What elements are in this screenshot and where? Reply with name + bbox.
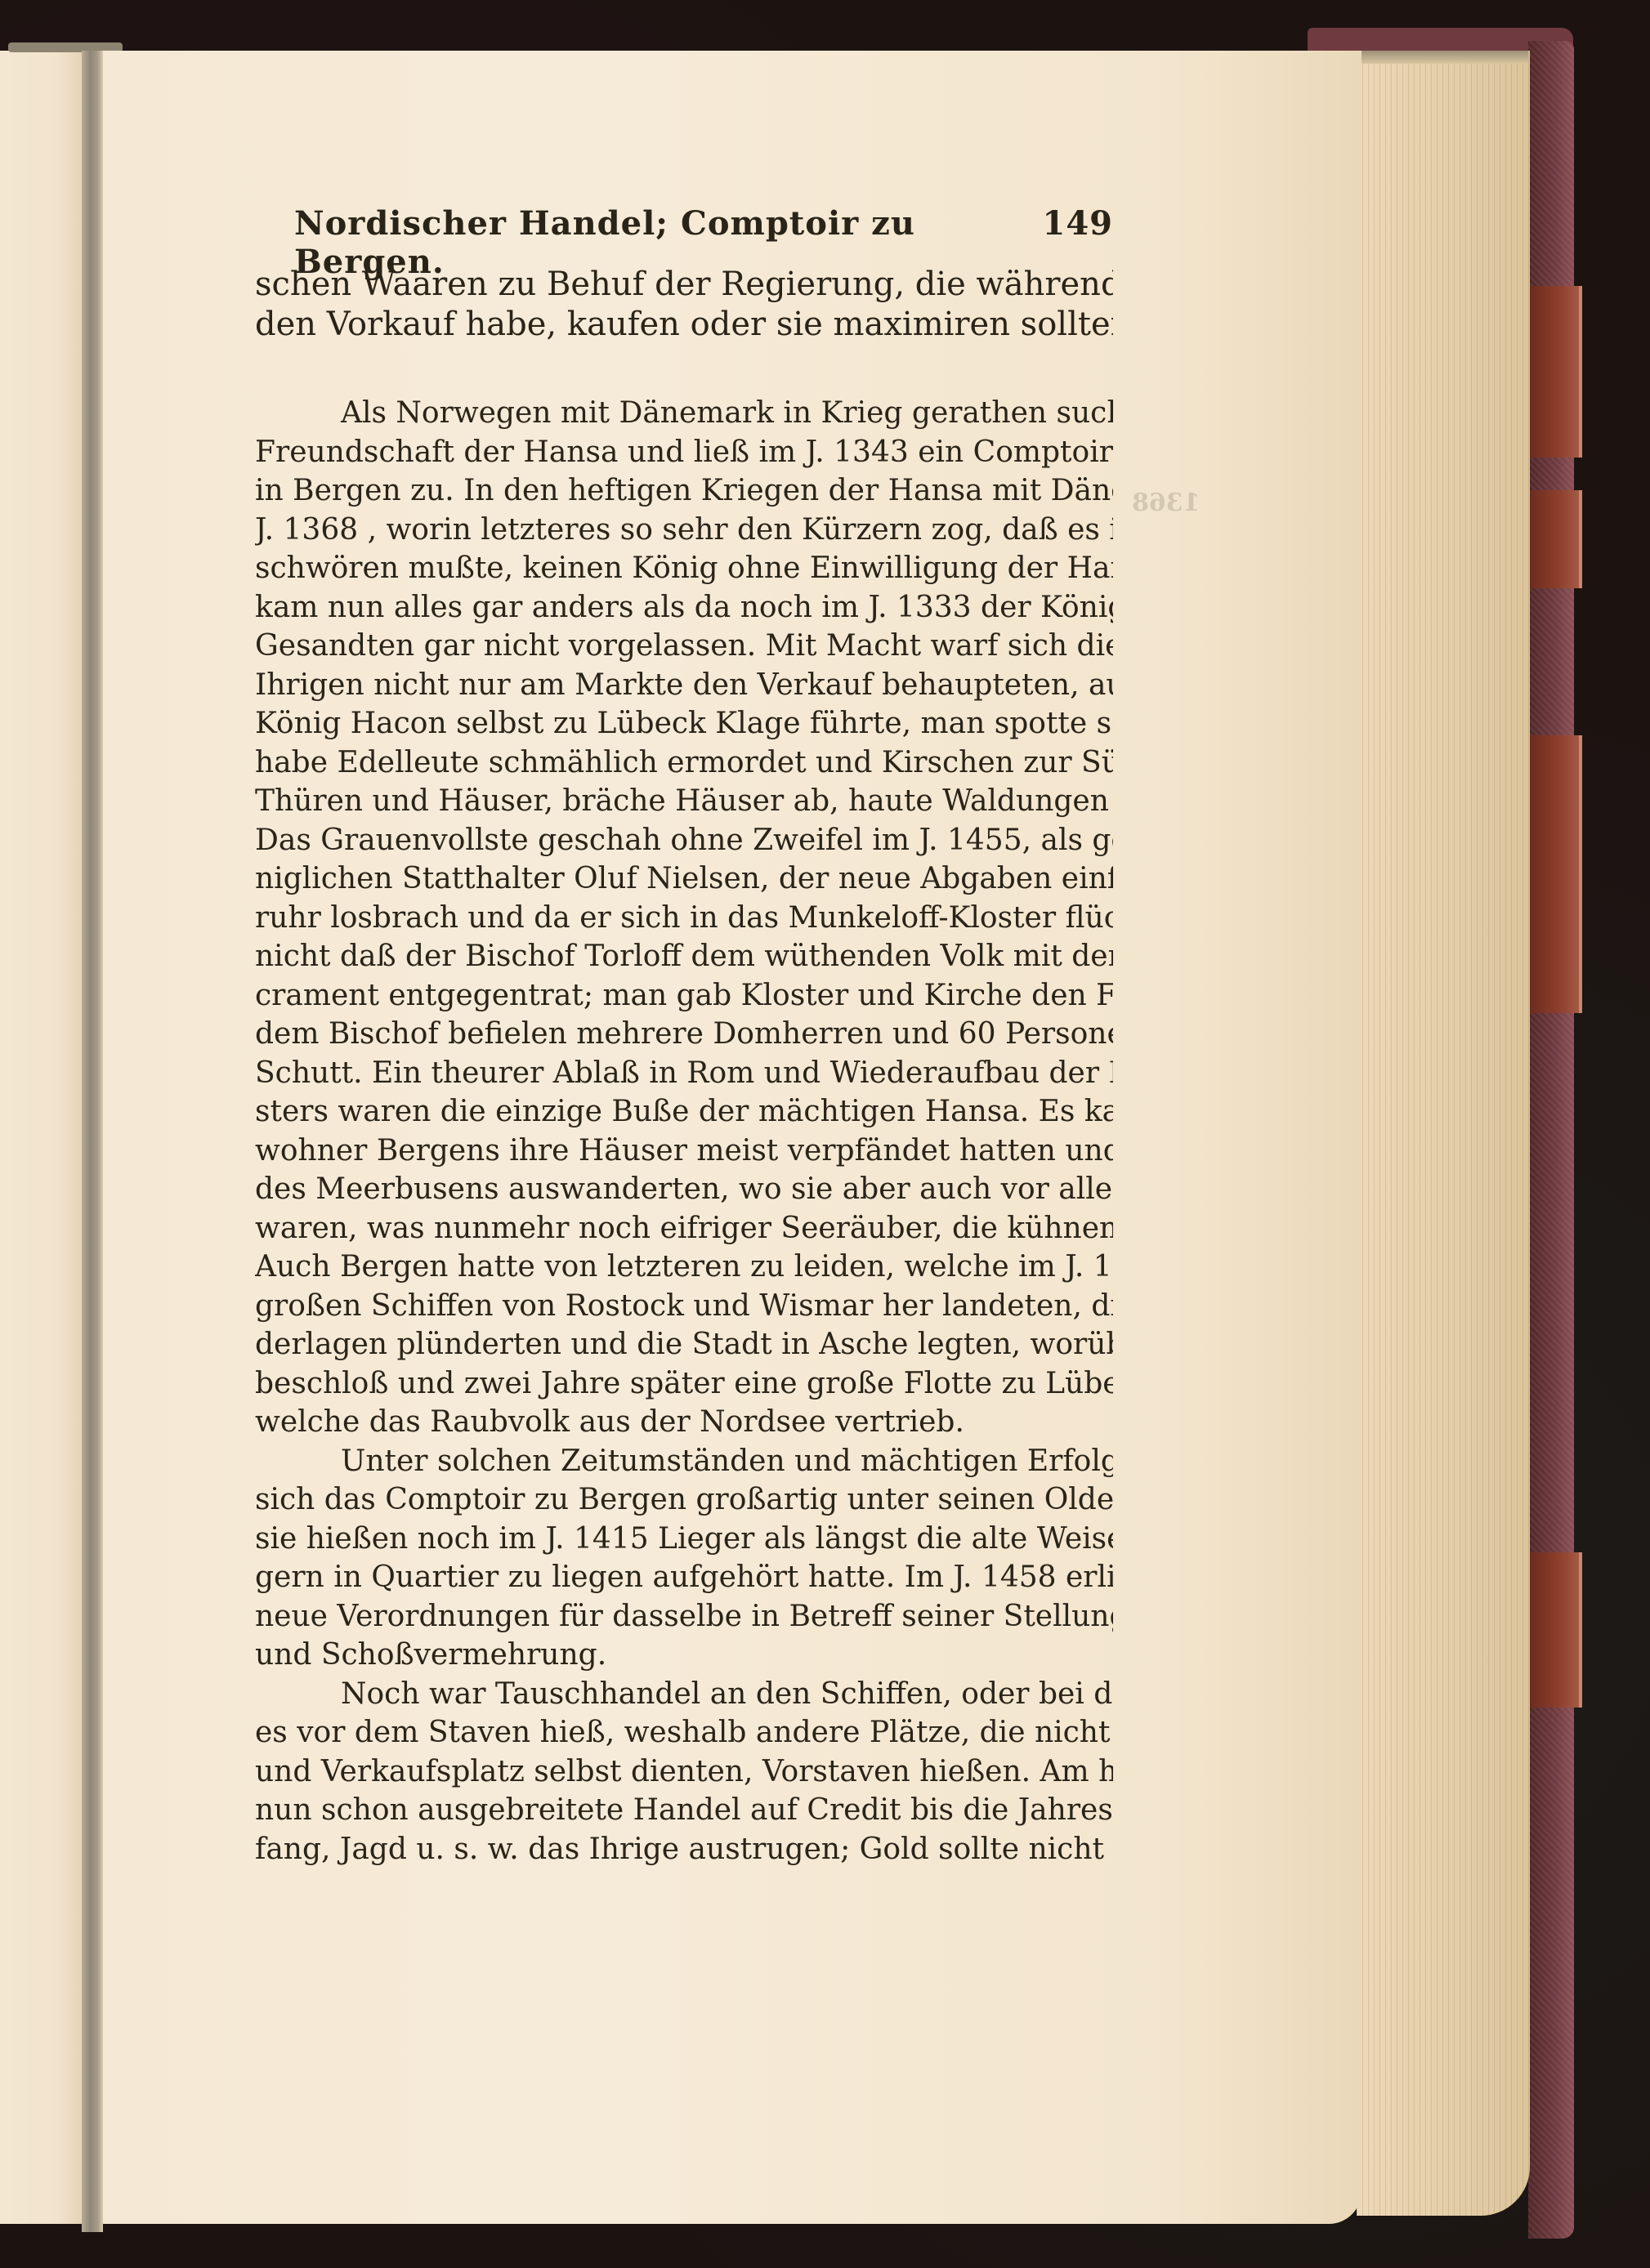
text-line: ruhr losbrach und da er sich in das Munk… — [255, 899, 1113, 938]
bookmark-tab — [1528, 490, 1582, 588]
text-line: den Vorkauf habe, kaufen oder sie maximi… — [255, 305, 1113, 345]
text-line: es vor dem Staven hieß, weshalb andere P… — [255, 1713, 1113, 1752]
text-line: sie hießen noch im J. 1415 Lieger als lä… — [255, 1520, 1113, 1559]
continuation-text: schen Waaren zu Behuf der Regierung, die… — [255, 265, 1113, 345]
text-line: Thüren und Häuser, bräche Häuser ab, hau… — [255, 782, 1113, 821]
running-head: Nordischer Handel; Comptoir zu Bergen. 1… — [255, 204, 1113, 250]
text-line: wohner Bergens ihre Häuser meist verpfän… — [255, 1132, 1113, 1171]
text-line: nicht daß der Bischof Torloff dem wüthen… — [255, 937, 1113, 976]
text-line: Gesandten gar nicht vorgelassen. Mit Mac… — [255, 627, 1113, 666]
text-line: sters waren die einzige Buße der mächtig… — [255, 1092, 1113, 1132]
page-number: 149 — [1043, 204, 1114, 243]
text-line: J. 1368 , worin letzteres so sehr den Kü… — [255, 511, 1113, 550]
text-line: welche das Raubvolk aus der Nordsee vert… — [255, 1403, 1113, 1442]
page-fore-edge-top — [1357, 51, 1528, 64]
text-line: in Bergen zu. In den heftigen Kriegen de… — [255, 471, 1113, 511]
text-line: großen Schiffen von Rostock und Wismar h… — [255, 1287, 1113, 1326]
text-line: Unter solchen Zeitumständen und mächtige… — [255, 1442, 1113, 1481]
bookmark-tab — [1528, 735, 1582, 1013]
text-line: Freundschaft der Hansa und ließ im J. 13… — [255, 433, 1113, 472]
text-line: König Hacon selbst zu Lübeck Klage führt… — [255, 704, 1113, 743]
bookmark-tab — [1528, 286, 1582, 458]
text-line: Auch Bergen hatte von letzteren zu leide… — [255, 1248, 1113, 1287]
text-line: neue Verordnungen für dasselbe in Betref… — [255, 1597, 1113, 1636]
text-line: Das Grauenvollste geschah ohne Zweifel i… — [255, 821, 1113, 860]
text-line: kam nun alles gar anders als da noch im … — [255, 588, 1113, 627]
paragraph-2: Unter solchen Zeitumständen und mächtige… — [255, 1442, 1113, 1675]
text-line: Noch war Tauschhandel an den Schiffen, o… — [255, 1675, 1113, 1714]
text-line: waren, was nunmehr noch eifriger Seeräub… — [255, 1209, 1113, 1248]
text-line: und Verkaufsplatz selbst dienten, Vorsta… — [255, 1752, 1113, 1792]
text-line: des Meerbusens auswanderten, wo sie aber… — [255, 1170, 1113, 1209]
text-line: sich das Comptoir zu Bergen großartig un… — [255, 1480, 1113, 1520]
text-line: Schutt. Ein theurer Ablaß in Rom und Wie… — [255, 1054, 1113, 1093]
text-line: und Schoßvermehrung. — [255, 1636, 1113, 1675]
paragraph-3: Noch war Tauschhandel an den Schiffen, o… — [255, 1675, 1113, 1869]
text-line: schen Waaren zu Behuf der Regierung, die… — [255, 265, 1113, 305]
left-page-edge — [0, 51, 82, 2224]
show-through-text: 1368 — [1132, 489, 1201, 517]
text-line: habe Edelleute schmählich ermordet und K… — [255, 743, 1113, 783]
text-line: dem Bischof befielen mehrere Domherren u… — [255, 1015, 1113, 1054]
text-line: beschloß und zwei Jahre später eine groß… — [255, 1364, 1113, 1404]
text-line: crament entgegentrat; man gab Kloster un… — [255, 976, 1113, 1016]
page-fore-edge — [1357, 51, 1530, 2216]
text-column: Nordischer Handel; Comptoir zu Bergen. 1… — [255, 204, 1113, 1868]
text-line: fang, Jagd u. s. w. das Ihrige austrugen… — [255, 1830, 1113, 1869]
text-line: Ihrigen nicht nur am Markte den Verkauf … — [255, 666, 1113, 705]
gutter-shadow — [82, 51, 103, 2232]
text-line: Als Norwegen mit Dänemark in Krieg gerat… — [255, 394, 1113, 433]
text-line: schwören mußte, keinen König ohne Einwil… — [255, 549, 1113, 588]
text-line: nun schon ausgebreitete Handel auf Credi… — [255, 1791, 1113, 1830]
paragraph-1: Als Norwegen mit Dänemark in Krieg gerat… — [255, 394, 1113, 1442]
bookmark-tab — [1528, 1552, 1582, 1708]
text-line: gern in Quartier zu liegen aufgehört hat… — [255, 1558, 1113, 1597]
text-line: derlagen plünderten und die Stadt in Asc… — [255, 1325, 1113, 1364]
text-line: niglichen Statthalter Oluf Nielsen, der … — [255, 859, 1113, 899]
